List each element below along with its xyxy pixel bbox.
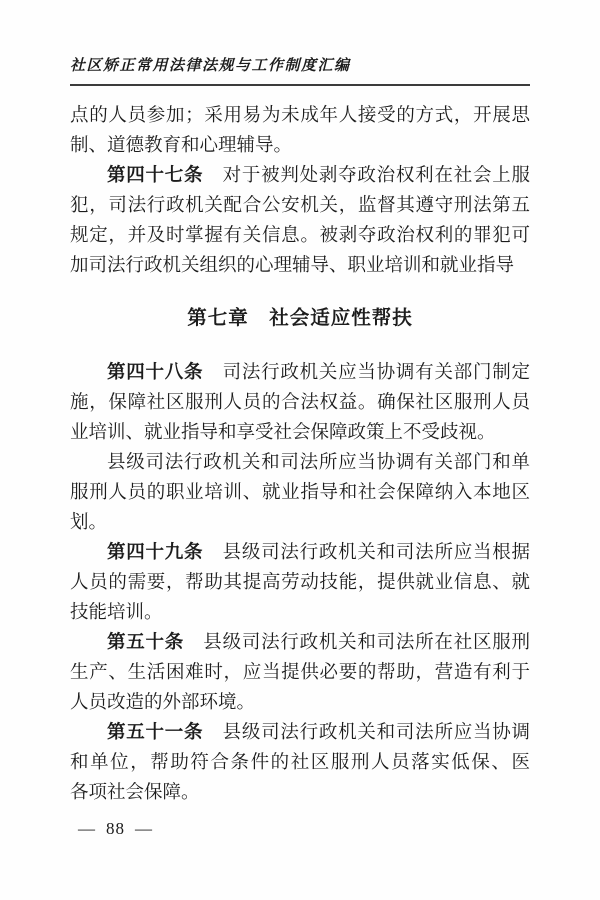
document-body: 点的人员参加；采用易为未成年人接受的方式，开展思想、法制、道德教育和心理辅导。第… xyxy=(70,101,530,808)
page-footer: —88— xyxy=(78,819,153,839)
article-number: 第五十一条 xyxy=(107,723,203,743)
article-number: 第四十七条 xyxy=(107,166,203,186)
paragraph-line: 服刑人员的职业培训、就业指导和社会保障纳入本地区整体规 xyxy=(70,478,530,508)
paragraph-line: 第五十条 县级司法行政机关和司法所在社区服刑人员遇到 xyxy=(70,628,530,658)
paragraph-line: 业培训、就业指导和享受社会保障政策上不受歧视。 xyxy=(70,418,530,448)
paragraph-line: 县级司法行政机关和司法所应当协调有关部门和单位把社区 xyxy=(70,448,530,478)
paragraph-line: 各项社会保障。 xyxy=(70,778,530,808)
article-number: 第四十八条 xyxy=(107,363,203,383)
page-number: 88 xyxy=(106,819,125,838)
paragraph-line: 第四十九条 县级司法行政机关和司法所应当根据社区服刑 xyxy=(70,538,530,568)
paragraph-line: 点的人员参加；采用易为未成年人接受的方式，开展思想、法 xyxy=(70,101,530,131)
footer-dash-left: — xyxy=(78,819,96,838)
paragraph-line: 犯，司法行政机关配合公安机关，监督其遵守刑法第五十四条的 xyxy=(70,191,530,221)
paragraph-line: 划。 xyxy=(70,508,530,538)
paragraph-line: 制、道德教育和心理辅导。 xyxy=(70,131,530,161)
scanned-book-page: 社区矫正常用法律法规与工作制度汇编 点的人员参加；采用易为未成年人接受的方式，开… xyxy=(0,0,600,900)
header-rule xyxy=(70,84,530,86)
article-number: 第四十九条 xyxy=(107,543,203,563)
paragraph-line: 人员改造的外部环境。 xyxy=(70,688,530,718)
paragraph-line: 生产、生活困难时，应当提供必要的帮助，营造有利于社区服刑 xyxy=(70,658,530,688)
paragraph-line: 加司法行政机关组织的心理辅导、职业培训和就业指导活动。 xyxy=(70,251,530,281)
footer-dash-right: — xyxy=(135,819,153,838)
paragraph-line: 规定，并及时掌握有关信息。被剥夺政治权利的罪犯可以自愿参 xyxy=(70,221,530,251)
article-number: 第五十条 xyxy=(107,633,184,653)
chapter-heading: 第七章 社会适应性帮扶 xyxy=(70,304,530,334)
paragraph-line: 技能培训。 xyxy=(70,598,530,628)
paragraph-line: 第五十一条 县级司法行政机关和司法所应当协调有关部门 xyxy=(70,718,530,748)
paragraph-line: 第四十八条 司法行政机关应当协调有关部门制定政策和措 xyxy=(70,358,530,388)
page-header: 社区矫正常用法律法规与工作制度汇编 xyxy=(70,0,530,86)
paragraph-line: 人员的需要，帮助其提高劳动技能，提供就业信息、就业指导和 xyxy=(70,568,530,598)
running-head-title: 社区矫正常用法律法规与工作制度汇编 xyxy=(70,56,530,76)
paragraph-line: 施，保障社区服刑人员的合法权益。确保社区服刑人员在开展职 xyxy=(70,388,530,418)
paragraph-line: 第四十七条 对于被判处剥夺政治权利在社会上服刑的罪 xyxy=(70,161,530,191)
paragraph-line: 和单位，帮助符合条件的社区服刑人员落实低保、医保、劳保等 xyxy=(70,748,530,778)
